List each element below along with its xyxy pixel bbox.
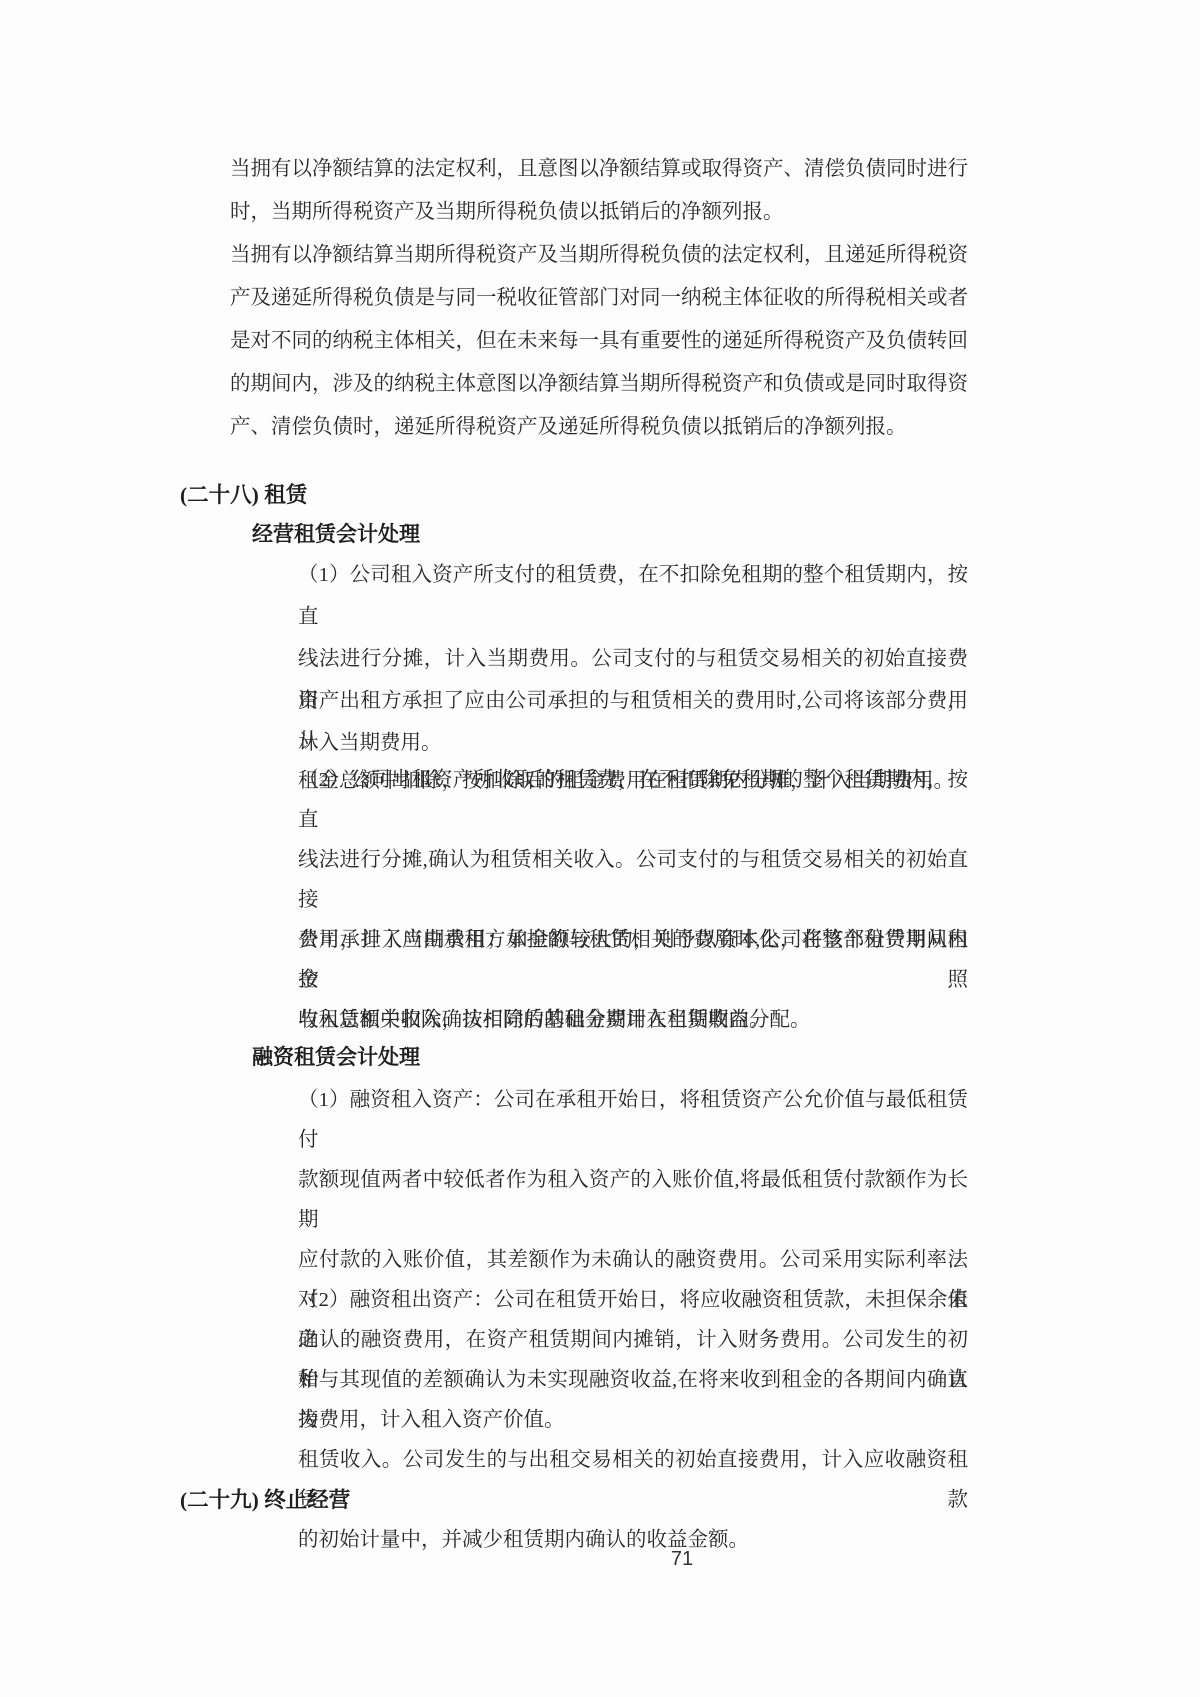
page-number: 71 (640, 1548, 724, 1571)
operating-lease-heading: 经营租赁会计处理 (252, 513, 420, 555)
section-29-heading: (二十九) 终止经营 (180, 1479, 350, 1522)
finance-lease-heading: 融资租赁会计处理 (252, 1036, 420, 1078)
text-line: 当拥有以净额结算的法定权利，且意图以净额结算或取得资产、清偿负债同时进行 (230, 148, 968, 191)
operating-lease-paragraph-4: 公司承担了应由承租方承担的与租赁相关的费用时,公司将该部分费用从租金 收入总额中… (298, 920, 968, 1040)
finance-lease-paragraph-2: （2）融资租出资产：公司在租赁开始日，将应收融资租赁款，未担保余值之 和与其现值… (298, 1280, 968, 1560)
text-line: 的期间内，涉及的纳税主体意图以净额结算当期所得税资产和负债或是同时取得资 (230, 363, 968, 406)
document-page: 当拥有以净额结算的法定权利，且意图以净额结算或取得资产、清偿负债同时进行 时，当… (0, 0, 1200, 1697)
paragraph-tax-net-settlement-2: 当拥有以净额结算当期所得税资产及当期所得税负债的法定权利，且递延所得税资 产及递… (230, 234, 968, 449)
text-line: （2）公司出租资产所收取的租赁费，在不扣除免租期的整个租赁期内，按直 (298, 760, 968, 840)
text-line: 收入总额中扣除，按扣除后的租金费用在租赁期内分配。 (298, 1000, 968, 1040)
text-line: 当拥有以净额结算当期所得税资产及当期所得税负债的法定权利，且递延所得税资 (230, 234, 968, 277)
text-line: 资产出租方承担了应由公司承担的与租赁相关的费用时,公司将该部分费用从 (298, 681, 968, 761)
section-28-heading: (二十八) 租赁 (180, 474, 307, 517)
text-line: 线法进行分摊,确认为租赁相关收入。公司支付的与租赁交易相关的初始直接 (298, 840, 968, 920)
text-line: 租赁收入。公司发生的与出租交易相关的初始直接费用，计入应收融资租赁款 (298, 1440, 968, 1520)
text-line: 的初始计量中，并减少租赁期内确认的收益金额。 (298, 1520, 968, 1560)
text-line: 是对不同的纳税主体相关，但在未来每一具有重要性的递延所得税资产及负债转回 (230, 320, 968, 363)
text-line: （1）公司租入资产所支付的租赁费，在不扣除免租期的整个租赁期内，按直 (298, 554, 968, 638)
text-line: 公司承担了应由承租方承担的与租赁相关的费用时,公司将该部分费用从租金 (298, 920, 968, 1000)
text-line: （1）融资租入资产：公司在承租开始日，将租赁资产公允价值与最低租赁付 (298, 1080, 968, 1160)
text-line: 时，当期所得税资产及当期所得税负债以抵销后的净额列报。 (230, 191, 968, 234)
text-line: 和与其现值的差额确认为未实现融资收益,在将来收到租金的各期间内确认为 (298, 1360, 968, 1440)
text-line: 款额现值两者中较低者作为租入资产的入账价值,将最低租赁付款额作为长期 (298, 1160, 968, 1240)
paragraph-tax-net-settlement-1: 当拥有以净额结算的法定权利，且意图以净额结算或取得资产、清偿负债同时进行 时，当… (230, 148, 968, 234)
text-line: 产及递延所得税负债是与同一税收征管部门对同一纳税主体征收的所得税相关或者 (230, 277, 968, 320)
text-line: 产、清偿负债时，递延所得税资产及递延所得税负债以抵销后的净额列报。 (230, 406, 968, 449)
text-line: （2）融资租出资产：公司在租赁开始日，将应收融资租赁款，未担保余值之 (298, 1280, 968, 1360)
